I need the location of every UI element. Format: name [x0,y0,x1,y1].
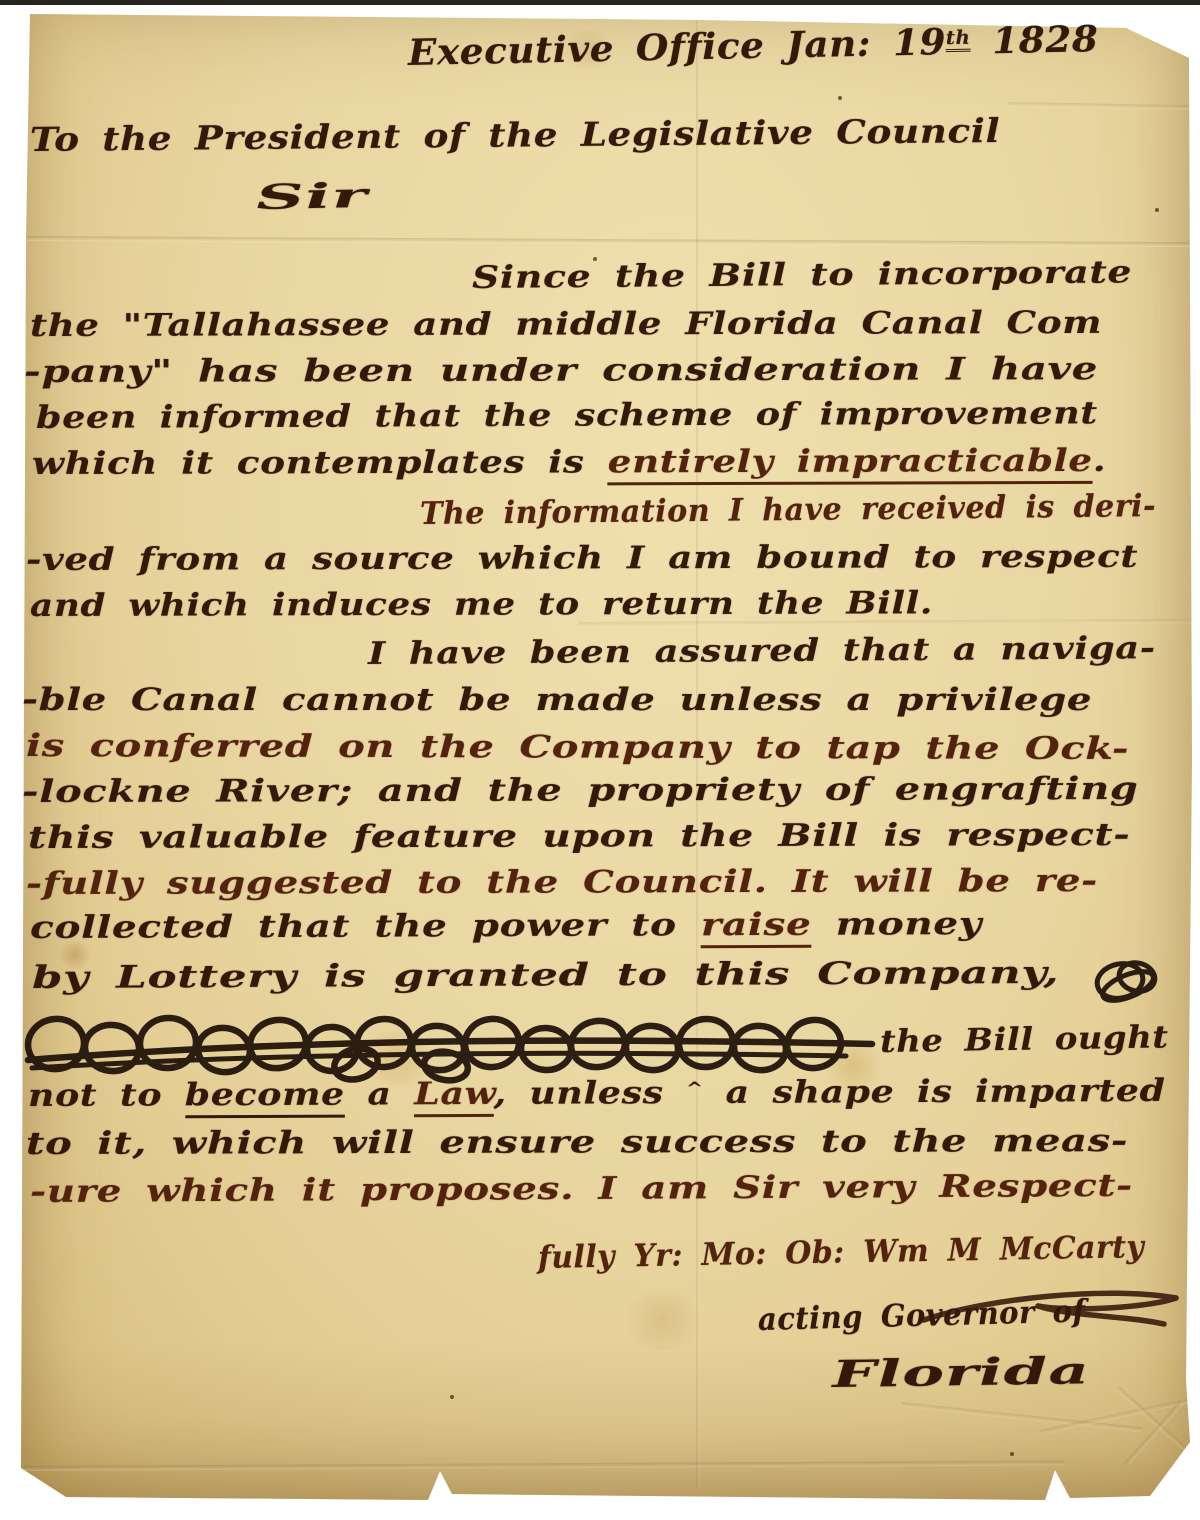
manuscript-line-11: is conferred on the Company to tap the O… [26,728,1129,767]
fold-crease [22,236,1192,247]
underlined-word-law: Law [414,1076,493,1117]
manuscript-line-15: collected that the power to raise money [30,906,982,946]
line-18-mid: a [345,1076,415,1112]
age-stain [618,1290,708,1350]
manuscript-line-16: by Lottery is granted to this Company, [32,955,1059,996]
manuscript-line-1: Since the Bill to incorporate [472,254,1133,296]
ink-scribble-blob [1090,956,1174,1008]
salutation: Sir [255,176,369,218]
line-5-text: which it contemplates is [32,444,608,482]
underlined-word-become: become [185,1077,345,1119]
manuscript-line-9: I have been assured that a naviga- [368,630,1156,672]
ink-speck [450,1395,454,1399]
manuscript-line-3: -pany" has been under consideration I ha… [24,351,1098,390]
manuscript-line-13: this valuable feature upon the Bill is r… [28,817,1130,856]
manuscript-line-19: to it, which will ensure success to the … [26,1123,1128,1162]
line-5-period: . [1093,443,1107,479]
manuscript-line-8: and which induces me to return the Bill. [30,585,933,624]
manuscript-line-14: -fully suggested to the Council. It will… [26,863,1098,902]
ink-speck [838,96,842,100]
manuscript-line-5: which it contemplates is entirely imprac… [32,443,1106,482]
underlined-phrase-impracticable: entirely impracticable [608,443,1093,485]
line-18-text: not to [28,1077,185,1114]
fold-crease [1008,102,1194,110]
ink-speck [1155,208,1159,212]
scanner-edge-artifact [0,0,1200,5]
inline-insertion-caret: ^ [686,1079,703,1099]
manuscript-line-17: the Bill ought [880,1019,1169,1060]
underlined-word-raise: raise [701,907,812,948]
manuscript-line-7: -ved from a source which I am bound to r… [26,539,1138,578]
manuscript-line-18: not to become a Law, unless ^ a shape is… [28,1073,1166,1114]
manuscript-line-10: -ble Canal cannot be made unless a privi… [22,682,1092,718]
line-15-text: collected that the power to [30,907,701,946]
line-18-tail: a shape is imparted [703,1073,1166,1111]
manuscript-line-12: -lockne River; and the propriety of engr… [22,771,1139,810]
scanned-document-page: { "document": { "kind": "handwritten let… [0,0,1200,1520]
line-15-tail: money [811,906,982,943]
manuscript-line-20: -ure which it proposes. I am Sir very Re… [30,1168,1133,1210]
manuscript-line-2: the "Tallahassee and middle Florida Cana… [30,305,1102,344]
letterhead-year: 1828 [970,18,1099,63]
line-18-mid2: , unless [493,1075,686,1112]
date-ordinal-suffix: th [946,27,971,52]
manuscript-line-4: been informed that the scheme of improve… [36,395,1098,436]
ink-speck [1010,1452,1014,1456]
signature-place-line: Florida [831,1348,1091,1396]
